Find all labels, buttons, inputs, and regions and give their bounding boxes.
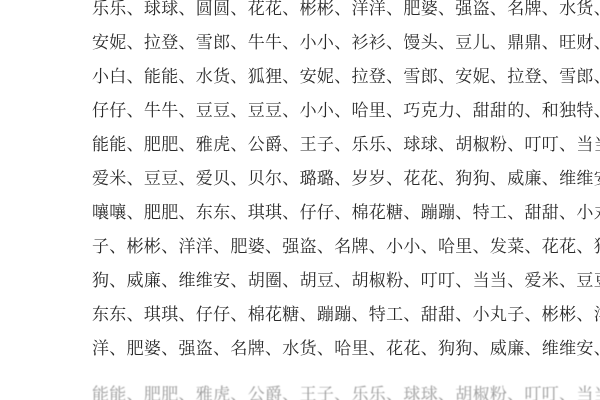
text-line: 洋、肥婆、强盗、名牌、水货、哈里、花花、狗狗、威廉、维维安、: [92, 337, 512, 361]
text-line: 仔仔、牛牛、豆豆、豆豆、小小、哈里、巧克力、甜甜的、和独特、: [92, 99, 512, 123]
document-page: 乐乐、球球、圆圆、花花、彬彬、洋洋、肥婆、强盗、名牌、水货、 安妮、拉登、雪郎、…: [0, 0, 600, 400]
text-line: 东东、琪琪、仔仔、棉花糖、蹦蹦、特工、甜甜、小丸子、彬彬、洋: [92, 303, 512, 327]
text-line: 狗、威廉、维维安、胡圈、胡豆、胡椒粉、叮叮、当当、爱米、豆豆、: [92, 269, 512, 293]
text-line: 安妮、拉登、雪郎、牛牛、小小、衫衫、馒头、豆儿、鼎鼎、旺财、: [92, 31, 512, 55]
text-line: 乐乐、球球、圆圆、花花、彬彬、洋洋、肥婆、强盗、名牌、水货、: [92, 0, 512, 21]
text-line-cut-off: 能能、肥肥、雅虎、公爵、王子、乐乐、球球、胡椒粉、叮叮、当当、: [92, 383, 512, 400]
text-line: 嚷嚷、肥肥、东东、琪琪、仔仔、棉花糖、蹦蹦、特工、甜甜、小丸: [92, 201, 512, 225]
text-line: 小白、能能、水货、狐狸、安妮、拉登、雪郎、安妮、拉登、雪郎、: [92, 65, 512, 89]
text-line: 爱米、豆豆、爱贝、贝尔、璐璐、岁岁、花花、狗狗、威廉、维维安、: [92, 167, 512, 191]
text-line: 子、彬彬、洋洋、肥婆、强盗、名牌、小小、哈里、发菜、花花、狗: [92, 235, 512, 259]
text-line: 能能、肥肥、雅虎、公爵、王子、乐乐、球球、胡椒粉、叮叮、当当、: [92, 133, 512, 157]
